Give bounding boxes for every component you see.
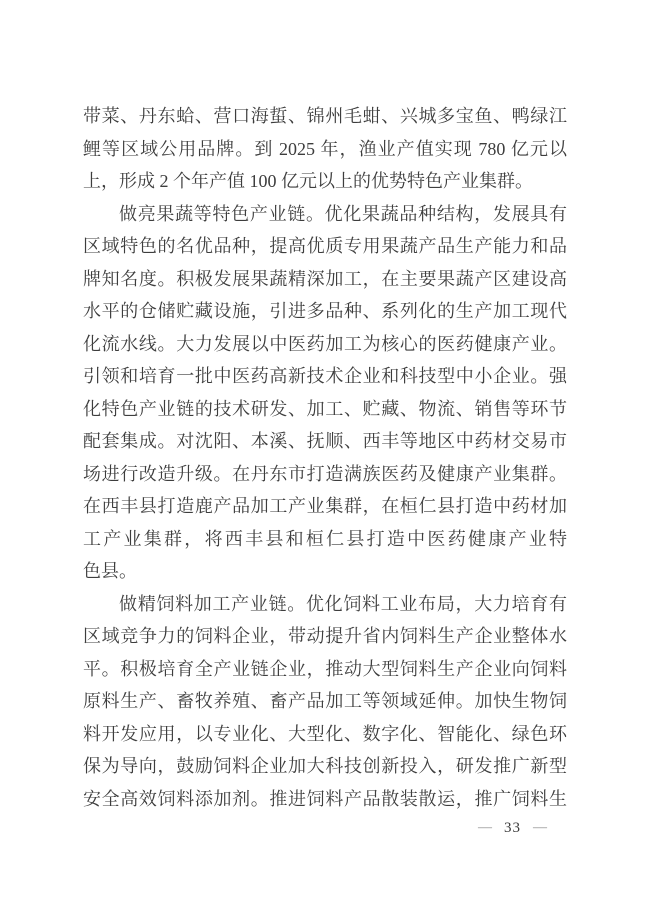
document-page: 带菜、丹东蛤、营口海蜇、锦州毛蚶、兴城多宝鱼、鸭绿江鲤等区域公用品牌。到 202… — [0, 0, 650, 919]
text-line: 工产业集群，将西丰县和桓仁县打造中医药健康产业特 — [83, 523, 567, 556]
text-line: 保为导向，鼓励饲料企业加大科技创新投入，研发推广新型 — [83, 750, 567, 783]
text-line: 上，形成 2 个年产值 100 亿元以上的优势特色产业集群。 — [83, 165, 567, 198]
page-number-value: 33 — [504, 818, 521, 838]
text-line: 带菜、丹东蛤、营口海蜇、锦州毛蚶、兴城多宝鱼、鸭绿江 — [83, 100, 567, 133]
text-line: 牌知名度。积极发展果蔬精深加工，在主要果蔬产区建设高 — [83, 263, 567, 296]
body-text: 带菜、丹东蛤、营口海蜇、锦州毛蚶、兴城多宝鱼、鸭绿江鲤等区域公用品牌。到 202… — [83, 100, 567, 815]
text-line: 色县。 — [83, 555, 567, 588]
text-line: 原料生产、畜牧养殖、畜产品加工等领域延伸。加快生物饲 — [83, 685, 567, 718]
text-line: 料开发应用，以专业化、大型化、数字化、智能化、绿色环 — [83, 718, 567, 751]
text-line: 平。积极培育全产业链企业，推动大型饲料生产企业向饲料 — [83, 653, 567, 686]
page-number-left-dash: — — [478, 818, 492, 838]
text-line: 区域竞争力的饲料企业，带动提升省内饲料生产企业整体水 — [83, 620, 567, 653]
text-line: 区域特色的名优品种，提高优质专用果蔬产品生产能力和品 — [83, 230, 567, 263]
text-line: 做亮果蔬等特色产业链。优化果蔬品种结构，发展具有 — [83, 198, 567, 231]
text-line: 化特色产业链的技术研发、加工、贮藏、物流、销售等环节 — [83, 393, 567, 426]
text-line: 化流水线。大力发展以中医药加工为核心的医药健康产业。 — [83, 328, 567, 361]
text-line: 水平的仓储贮藏设施，引进多品种、系列化的生产加工现代 — [83, 295, 567, 328]
text-line: 场进行改造升级。在丹东市打造满族医药及健康产业集群。 — [83, 458, 567, 491]
text-line: 安全高效饲料添加剂。推进饲料产品散装散运，推广饲料生 — [83, 783, 567, 816]
page-number: — 33 — — [478, 818, 547, 838]
text-line: 配套集成。对沈阳、本溪、抚顺、西丰等地区中药材交易市 — [83, 425, 567, 458]
text-line: 引领和培育一批中医药高新技术企业和科技型中小企业。强 — [83, 360, 567, 393]
text-line: 在西丰县打造鹿产品加工产业集群，在桓仁县打造中药材加 — [83, 490, 567, 523]
text-line: 做精饲料加工产业链。优化饲料工业布局，大力培育有 — [83, 588, 567, 621]
page-number-right-dash: — — [533, 818, 547, 838]
text-line: 鲤等区域公用品牌。到 2025 年，渔业产值实现 780 亿元以 — [83, 133, 567, 166]
